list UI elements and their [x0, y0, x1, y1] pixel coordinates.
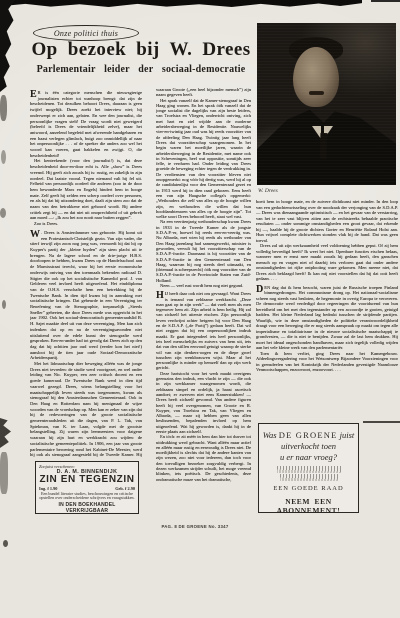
- subscription-advertisement: Was DE GROENE juist uitverkocht toen u e…: [258, 423, 359, 513]
- scan-artifact: [0, 95, 7, 121]
- paragraph: Deze hartstocht voor het werk maakt over…: [156, 371, 251, 435]
- scan-artifact: [2, 300, 6, 309]
- portrait-collar: [312, 126, 321, 139]
- paragraph: HIJ heeft daar ook niet om gevraagd. Wan…: [156, 291, 251, 370]
- paragraph: Drees zal uit zijn werkzaamheid veel vol…: [256, 243, 398, 282]
- paragraph: Het kenteekende (voor den journalist!) i…: [30, 158, 142, 221]
- scan-artifact: [0, 208, 6, 218]
- scan-edge-top: [0, 0, 362, 7]
- portrait-hair: [289, 37, 343, 61]
- ad-question-line1: Was DE GROENE juist: [261, 430, 356, 441]
- portrait-face: [293, 47, 339, 107]
- paragraph: waaraan Groote („een heel bijzonder mens…: [156, 87, 251, 98]
- ad-question-line2: uitverkocht toen: [261, 441, 356, 452]
- portrait-mustache: [309, 91, 324, 95]
- divider-rule: [363, 421, 400, 423]
- portrait-tie: [320, 133, 328, 159]
- ad-book-title: ZIN EN TEGENZIN: [39, 475, 135, 485]
- ad-question-line3: u er naar vroeg?: [261, 452, 356, 463]
- scan-edge-top-right: [371, 0, 400, 2]
- ad-footer: IN DEN BOEKHANDEL VERKRIJGBAAR: [39, 502, 135, 514]
- paragraph: W. Drees is Amsterdammer van geboorte. H…: [30, 230, 142, 361]
- paragraph: DEN dag dat ik hem bezocht, waren juist …: [256, 285, 398, 351]
- ad-raad-line: EEN GOEDE RAAD: [261, 485, 356, 492]
- handwriting-scribble: [280, 474, 338, 481]
- photo-caption: W. Drees: [258, 188, 278, 194]
- scan-artifact: [1, 150, 6, 164]
- book-advertisement: Zoojuist verschenen: D. A. M. BINNENDIJK…: [35, 461, 139, 514]
- dropcap: D: [256, 285, 264, 294]
- paragraph: Toen ik hem verliet, ging Drees naar het…: [256, 351, 398, 373]
- text-column-3: boeit hem in hooge mate, en de zuivere d…: [256, 199, 398, 421]
- handwriting-scribble: [277, 466, 341, 473]
- portrait-collar: [324, 126, 333, 139]
- paragraph: Het sprak vanzelf dat de Kamer-stenograa…: [156, 98, 251, 220]
- scan-artifact: [3, 540, 8, 547]
- scanned-magazine-page: Onze politici thuis Op bezoek bij W. Dre…: [0, 0, 400, 618]
- article-title: Op bezoek bij W. Drees: [30, 39, 252, 61]
- page-footer: PAG. 8 DE GROENE No. 3347: [110, 524, 280, 529]
- scan-artifact: [0, 452, 8, 494]
- scan-artifact: [0, 418, 11, 448]
- paragraph: Neen — veel rust wordt hem nog niet gegu…: [156, 283, 251, 288]
- paragraph: Met het lidmaatschap dier beweging alléé…: [30, 361, 142, 457]
- scan-artifact: [0, 0, 15, 92]
- portrait-shoulders: [257, 105, 396, 185]
- dropcap: H: [156, 291, 165, 300]
- paragraph: boeit hem in hooge mate, en de zuivere d…: [256, 199, 398, 243]
- paragraph: Zoo is Drees.: [30, 221, 142, 227]
- paragraph: En tóch: er zit méér in hem dan hier tot…: [156, 434, 251, 482]
- ad-abonnement-line: NEEM EEN ABONNEMENT!: [261, 497, 356, 515]
- dropcap: W: [30, 230, 41, 239]
- text-column-2: waaraan Groote („een heel bijzonder mens…: [156, 87, 251, 516]
- dropcap: E: [30, 90, 38, 99]
- paragraph: ER is één categorie menschen die nieuwsg…: [30, 90, 142, 158]
- portrait-photo: [257, 23, 396, 185]
- ad-description: Een bundel literaire studies, beschouwin…: [39, 492, 135, 502]
- paragraph: Na een veertienjarig wethouderschap kwam…: [156, 219, 251, 283]
- kicker-text: Onze politici thuis: [54, 29, 118, 38]
- brand-name: DE GROENE: [279, 430, 338, 440]
- text-column-1: ER is één categorie menschen die nieuwsg…: [30, 87, 142, 457]
- article-subtitle: Parlementair leider der sociaal-democrat…: [30, 64, 252, 75]
